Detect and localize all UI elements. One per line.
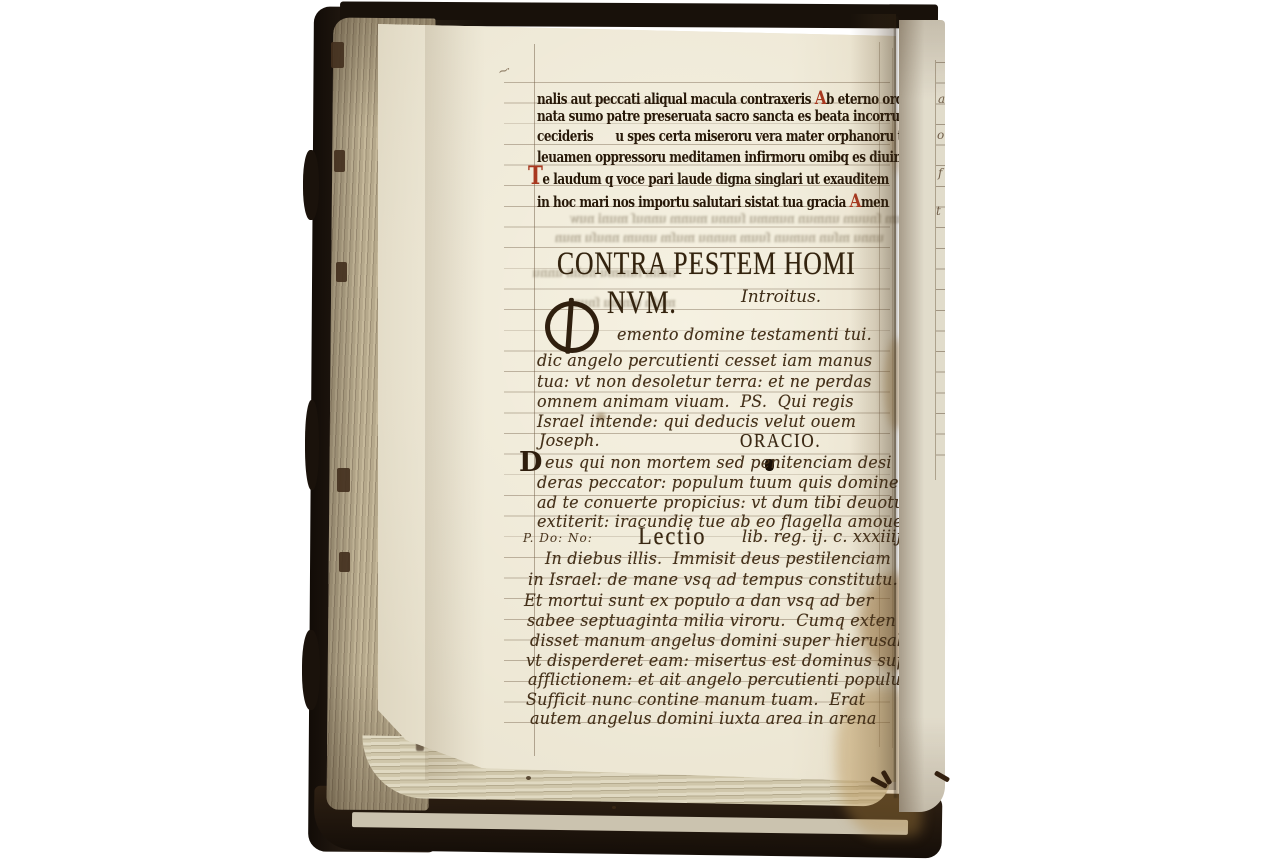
speck <box>526 776 531 780</box>
lesson-line: autem angelus domini iuxta area in arena <box>530 709 877 728</box>
joseph-label: Joseph. <box>539 431 600 450</box>
leather-edge-bump <box>303 150 319 220</box>
lesson-line: sabee septuaginta milia viroru. Cumq ext… <box>527 611 896 630</box>
gothic-text-line: in hoc mari nos importu salutari sistat … <box>537 190 889 212</box>
rubric-initial: T <box>528 161 542 190</box>
bleedthrough-text: unnu mſun numun ſuum nunnu muſm unum nnu… <box>555 231 884 246</box>
introit-line: emento domine testamenti tui. <box>617 325 872 344</box>
introit-line: Israel intende: qui deducis velut ouem <box>537 412 856 431</box>
gothic-text: nalis aut peccati aliqual macula contrax… <box>537 90 815 108</box>
leather-edge-bump <box>305 400 319 490</box>
lesson-line: in Israel: de mane vsq ad tempus constit… <box>528 570 898 589</box>
introit-line: tua: vt non desoletur terra: et ne perda… <box>537 372 872 391</box>
cut-letter-fragment: f <box>938 166 942 180</box>
gothic-text: in hoc mari nos importu salutari sistat … <box>537 193 850 211</box>
collect-line: eus qui non mortem sed penitenciam desi <box>545 453 892 472</box>
introit-line: omnem animam viuam. PS. Qui regis <box>537 392 854 411</box>
page-shading <box>425 20 485 780</box>
lectio-prefix: P. Do: No: <box>523 531 593 545</box>
introitus-rubric: Introitus. <box>741 287 821 307</box>
lesson-line: Sufficit nunc contine manum tuam. Erat <box>526 690 865 709</box>
leather-edge-bump <box>302 630 320 710</box>
manuscript-photo: mum ſnuum unmun nummu ſunnu munm unnuſ m… <box>0 0 1280 860</box>
index-tab <box>337 468 350 492</box>
facing-page-ruling-ticks <box>936 62 945 474</box>
speck <box>612 806 616 809</box>
lectio-word: Lectio <box>638 523 706 551</box>
oracio-heading: ORACIO. <box>740 430 821 453</box>
cut-letter-fragment: o <box>937 128 944 142</box>
rubric-initial: A <box>815 87 826 109</box>
index-tab <box>334 150 345 172</box>
cut-letter-fragment: t <box>936 204 941 218</box>
lesson-line: In diebus illis. Immisit deus pestilenci… <box>545 549 891 568</box>
index-tab <box>339 552 350 572</box>
index-tab <box>331 42 344 68</box>
lesson-line: Et mortui sunt ex populo a dan vsq ad be… <box>524 591 873 610</box>
index-tab <box>336 262 347 282</box>
section-title-line2: NVM. <box>607 285 677 322</box>
collect-line: deras peccator: populum tuum quis domine <box>537 473 899 492</box>
cut-letter-fragment: a <box>938 92 945 106</box>
gothic-text-line: Te laudum q voce pari laude digna singla… <box>528 169 889 188</box>
section-title-line1: CONTRA PESTEM HOMI <box>557 246 856 283</box>
gutter-shadow <box>850 14 896 790</box>
introit-line: dic angelo percutienti cesset iam manus <box>537 351 872 370</box>
gothic-text: e laudum q voce pari laude digna singlar… <box>542 170 889 188</box>
